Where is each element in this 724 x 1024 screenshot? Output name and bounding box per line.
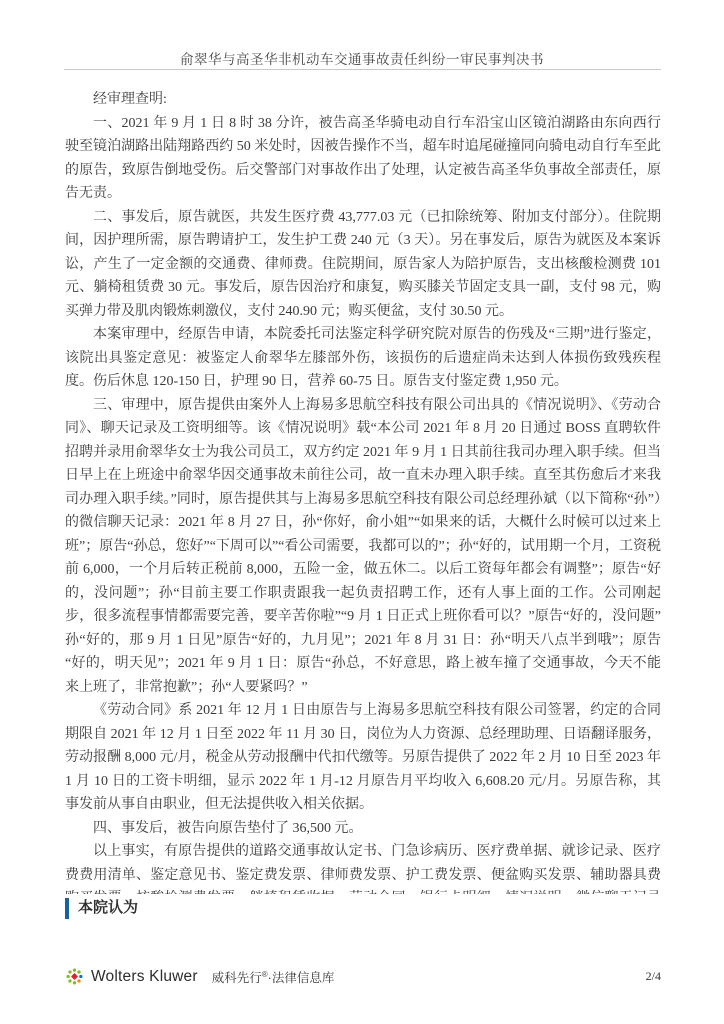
- page-number: 2/4: [646, 969, 661, 984]
- footer: Wolters Kluwer 威科先行®·法律信息库 2/4: [65, 967, 661, 986]
- judgment-body: 经审理查明: 一、2021 年 9 月 1 日 8 时 38 分许，被告高圣华骑…: [65, 88, 661, 894]
- brand-name: Wolters Kluwer: [91, 968, 198, 986]
- product-name-main: 威科先行: [212, 971, 262, 985]
- section-heading-court-opinion: 本院认为: [65, 898, 138, 919]
- paragraph-labor-contract: 《劳动合同》系 2021 年 12 月 1 日由原告与上海易多思航空科技有限公司…: [65, 699, 661, 817]
- judgment-document-page: 俞翠华与高圣华非机动车交通事故责任纠纷一审民事判决书 经审理查明: 一、2021…: [0, 0, 724, 1024]
- paragraph-evidence: 以上事实，有原告提供的道路交通事故认定书、门急诊病历、医疗费单据、就诊记录、医疗…: [65, 840, 661, 894]
- paragraph-facts-4: 四、事发后，被告向原告垫付了 36,500 元。: [65, 817, 661, 841]
- wolters-kluwer-logo-icon: [65, 967, 84, 986]
- product-name-suffix: ·法律信息库: [268, 971, 335, 985]
- section-heading-label: 本院认为: [78, 900, 138, 916]
- paragraph-appraisal: 本案审理中，经原告申请，本院委托司法鉴定科学研究院对原告的伤残及“三期”进行鉴定…: [65, 323, 661, 394]
- section-intro-label: 经审理查明:: [65, 88, 661, 112]
- paragraph-facts-2: 二、事发后，原告就医，共发生医疗费 43,777.03 元（已扣除统筹、附加支付…: [65, 206, 661, 324]
- paragraph-facts-3: 三、审理中，原告提供由案外人上海易多思航空科技有限公司出具的《情况说明》、《劳动…: [65, 394, 661, 700]
- page-title: 俞翠华与高圣华非机动车交通事故责任纠纷一审民事判决书: [0, 48, 724, 68]
- product-name: 威科先行®·法律信息库: [212, 968, 335, 986]
- title-divider: [64, 69, 661, 70]
- paragraph-facts-1: 一、2021 年 9 月 1 日 8 时 38 分许，被告高圣华骑电动自行车沿宝…: [65, 112, 661, 206]
